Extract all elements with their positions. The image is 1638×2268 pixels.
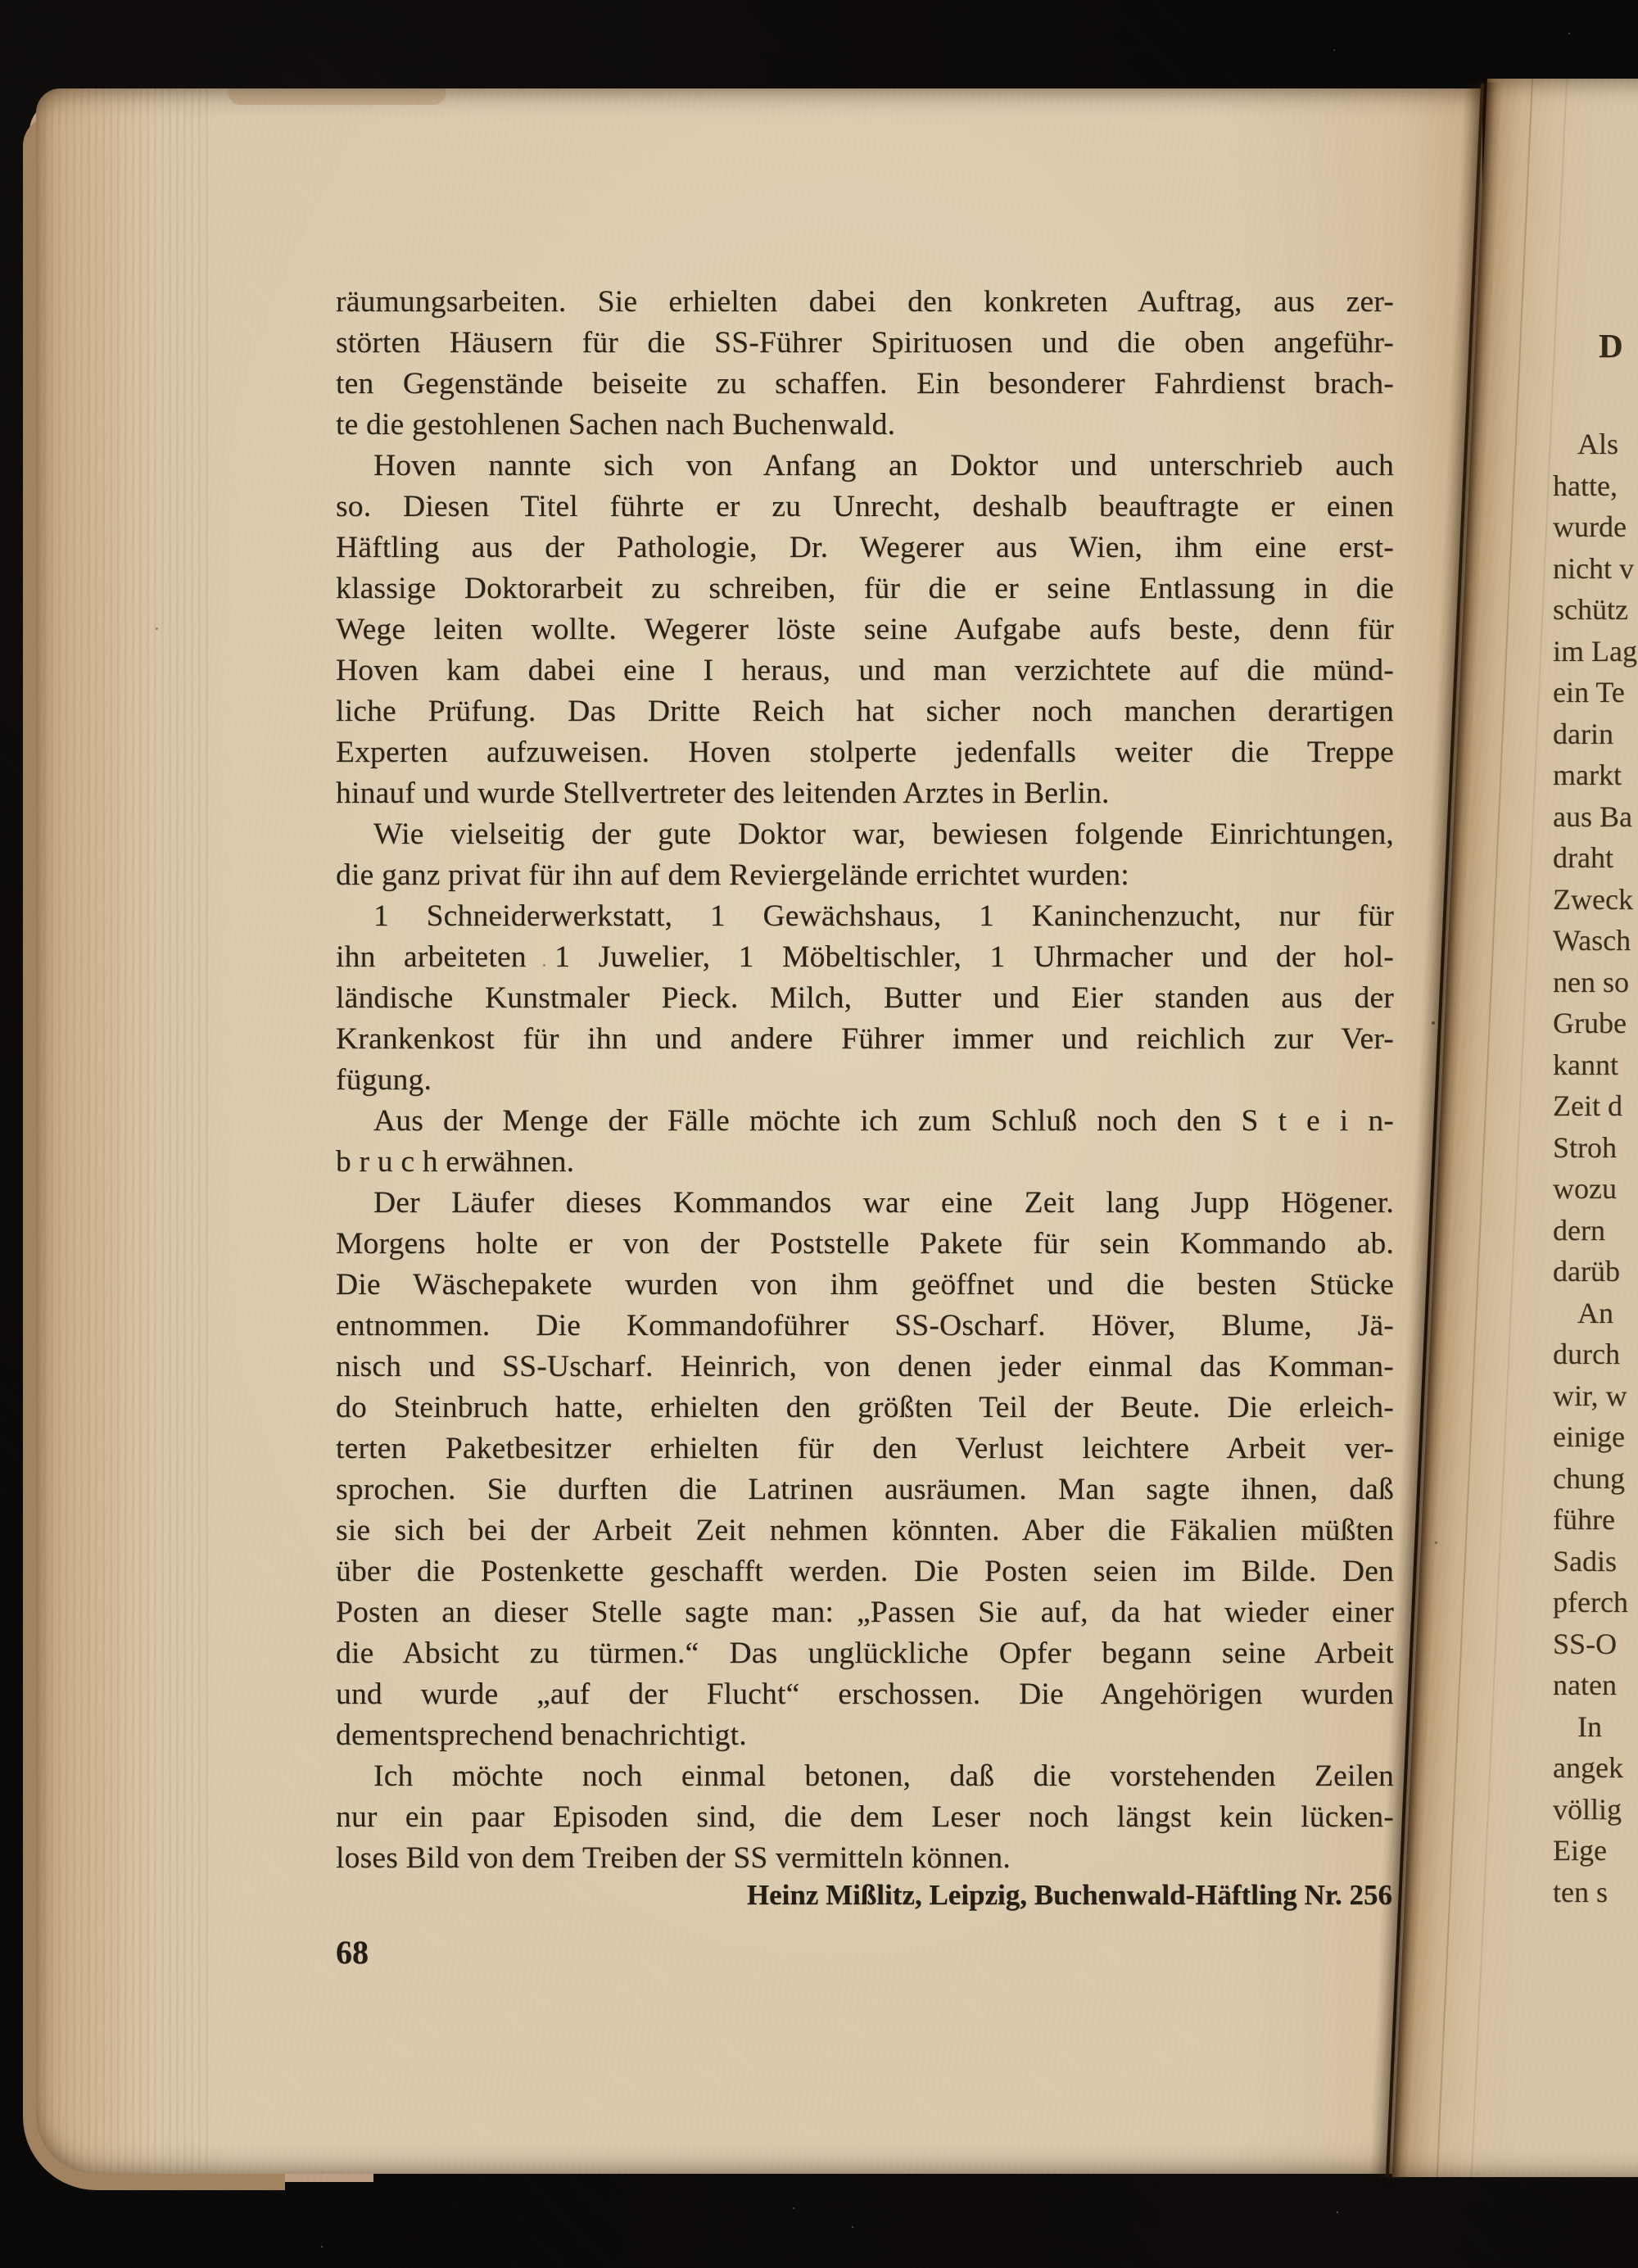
dust-speck [1337,2211,1338,2213]
text-line: Wie vielseitig der gute Doktor war, bewi… [336,814,1394,855]
text-line: und wurde „auf der Flucht“ erschossen. D… [336,1674,1394,1715]
text-line-fragment: darüb [1553,1251,1620,1292]
text-line: b r u c h erwähnen. [336,1142,1394,1183]
text-line-fragment: aus Ba [1553,796,1632,837]
dust-speck [1568,33,1570,34]
text-line-fragment: draht [1553,837,1613,878]
left-page-text: räumungsarbeiten. Sie erhielten dabei de… [336,282,1394,1879]
text-line-fragment: durch [1553,1333,1620,1374]
text-line-fragment: Zweck [1553,879,1633,920]
text-line: Experten aufzuweisen. Hoven stolperte je… [336,732,1394,773]
text-line-fragment: darin [1553,713,1613,754]
dust-speck [1186,97,1188,98]
text-line-fragment: pferch [1553,1582,1628,1623]
text-line-fragment: völlig [1553,1789,1622,1830]
text-line-fragment: An [1577,1292,1613,1333]
text-line: sie sich bei der Arbeit Zeit nehmen könn… [336,1510,1394,1551]
dust-speck [622,149,624,151]
right-page-heading-fragment: D [1599,326,1623,365]
text-line-fragment: ein Te [1553,672,1625,713]
text-line-fragment: naten [1553,1664,1617,1705]
text-line-fragment: Eige [1553,1830,1607,1871]
text-line-fragment: markt [1553,754,1622,795]
text-line-fragment: ten s [1553,1872,1608,1913]
text-line-fragment: nen so [1553,962,1629,1003]
text-line: Hoven kam dabei eine I heraus, und man v… [336,650,1394,691]
text-line: Häftling aus der Pathologie, Dr. Wegerer… [336,527,1394,568]
text-line: Der Läufer dieses Kommandos war eine Zei… [336,1183,1394,1224]
text-line: die ganz privat für ihn auf dem Revierge… [336,855,1394,896]
text-line: ten Gegenstände beiseite zu schaffen. Ei… [336,364,1394,405]
dust-speck [48,1869,49,1871]
text-line-fragment: wurde [1553,506,1627,547]
text-line-fragment: einige [1553,1416,1625,1457]
dust-speck [1435,1541,1437,1544]
dust-speck [373,209,374,211]
dust-speck [905,223,907,224]
right-page-text: D Alshatte,wurdenicht vschützim Lagein T… [1553,0,1638,2268]
text-line-fragment: SS-O [1553,1623,1617,1664]
text-line-fragment: wir, w [1553,1375,1627,1416]
text-line-fragment: schütz [1553,589,1628,630]
text-line: terten Paketbesitzer erhielten für den V… [336,1428,1394,1469]
text-line: die Absicht zu türmen.“ Das unglückliche… [336,1633,1394,1674]
dust-speck [543,964,545,967]
text-line-fragment: dern [1553,1210,1605,1251]
text-line: nur ein paar Episoden sind, die dem Lese… [336,1797,1394,1838]
text-line-fragment: nicht v [1553,548,1634,589]
text-line: Aus der Menge der Fälle möchte ich zum S… [336,1101,1394,1142]
text-line: Ich möchte noch einmal betonen, daß die … [336,1756,1394,1797]
text-line: ländische Kunstmaler Pieck. Milch, Butte… [336,978,1394,1019]
text-line: te die gestohlenen Sachen nach Buchenwal… [336,405,1394,446]
text-line-fragment: kannt [1553,1044,1618,1085]
text-line-fragment: wozu [1553,1168,1617,1209]
text-line: klassige Doktorarbeit zu schreiben, für … [336,568,1394,609]
page-number: 68 [336,1933,369,1971]
text-line-fragment: Stroh [1553,1127,1617,1168]
dust-speck [156,627,158,630]
text-line: sprochen. Sie durften die Latrinen ausrä… [336,1469,1394,1510]
text-line: so. Diesen Titel führte er zu Unrecht, d… [336,487,1394,527]
page-corner-wear [229,88,446,105]
text-line: 1 Schneiderwerkstatt, 1 Gewächshaus, 1 K… [336,896,1394,937]
text-line: ihn arbeiteten 1 Juwelier, 1 Möbeltischl… [336,937,1394,978]
dust-speck [1333,49,1335,51]
text-line: Morgens holte er von der Poststelle Pake… [336,1224,1394,1265]
dust-speck [793,2207,794,2209]
text-line-fragment: hatte, [1553,465,1618,506]
text-line: Die Wäschepakete wurden von ihm geöffnet… [336,1265,1394,1306]
book-photo: räumungsarbeiten. Sie erhielten dabei de… [0,0,1638,2268]
text-line: dementsprechend benachrichtigt. [336,1715,1394,1756]
text-line: entnommen. Die Kommandoführer SS-Oscharf… [336,1306,1394,1347]
text-line: Posten an dieser Stelle sagte man: „Pass… [336,1592,1394,1633]
text-line: Wege leiten wollte. Wegerer löste seine … [336,609,1394,650]
text-line: fügung. [336,1060,1394,1101]
dust-speck [70,1248,72,1250]
text-line: räumungsarbeiten. Sie erhielten dabei de… [336,282,1394,323]
text-line-fragment: Als [1577,423,1618,464]
dust-speck [1432,1021,1435,1025]
text-line-fragment: angek [1553,1747,1623,1788]
text-line: loses Bild von dem Treiben der SS vermit… [336,1838,1394,1879]
text-line-fragment: Wasch [1553,920,1631,961]
dust-speck [105,526,106,527]
text-line: nisch und SS-Uscharf. Heinrich, von dene… [336,1347,1394,1388]
text-line-fragment: im Lag [1553,631,1637,672]
text-line: hinauf und wurde Stellvertreter des leit… [336,773,1394,814]
text-line: do Steinbruch hatte, erhielten den größt… [336,1388,1394,1428]
text-line-fragment: Zeit d [1553,1085,1622,1126]
page-edge-texture [36,88,208,2174]
attribution-line: Heinz Mißlitz, Leipzig, Buchenwald-Häftl… [334,1879,1392,1912]
dust-speck [321,2246,323,2248]
text-line-fragment: Grube [1553,1003,1627,1043]
text-line-fragment: chung [1553,1458,1625,1499]
text-line-fragment: führe [1553,1499,1615,1540]
text-line-fragment: In [1577,1706,1602,1747]
text-line-fragment: Sadis [1553,1541,1617,1582]
text-line: Krankenkost für ihn und andere Führer im… [336,1019,1394,1060]
left-page: räumungsarbeiten. Sie erhielten dabei de… [36,88,1482,2174]
text-line: über die Postenkette geschafft werden. D… [336,1551,1394,1592]
dust-speck [852,2226,853,2228]
text-line: liche Prüfung. Das Dritte Reich hat sich… [336,691,1394,732]
text-line: Hoven nannte sich von Anfang an Doktor u… [336,446,1394,487]
text-line: störten Häusern für die SS-Führer Spirit… [336,323,1394,364]
